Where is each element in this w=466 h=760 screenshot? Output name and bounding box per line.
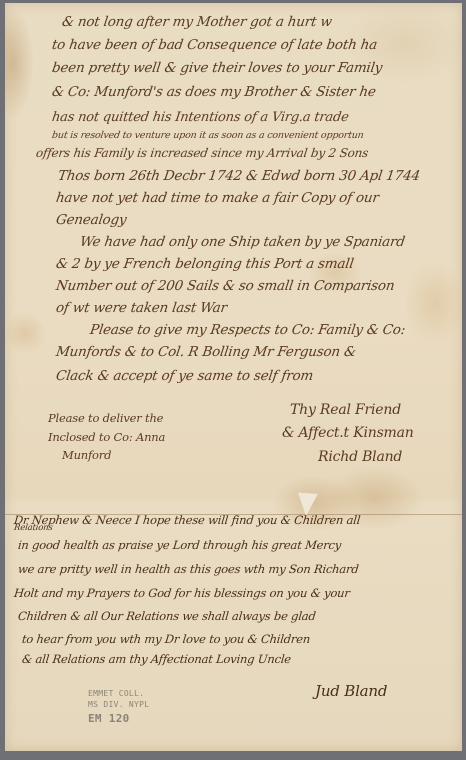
postscript-line: we are pritty well in health as this goe… (17, 562, 359, 576)
stamp-line: EMMET COLL. (88, 688, 149, 699)
side-note-line: Inclosed to Co: Anna (48, 430, 165, 444)
letter-line: Genealogy (55, 212, 128, 228)
letter-line: of wt were taken last War (55, 300, 228, 316)
stamp-line: MS DIV. NYPL (88, 699, 149, 710)
signature-richd-bland: Richd Bland (318, 449, 402, 465)
postscript-line: Holt and my Prayers to God for his bless… (13, 586, 350, 600)
letter-line: & not long after my Mother got a hurt w (61, 14, 333, 30)
side-note-line: Munford (62, 448, 111, 462)
letter-line: Number out of 200 Sails & so small in Co… (55, 278, 396, 294)
postscript-line: & all Relations am thy Affectionat Lovin… (21, 652, 291, 666)
letter-line: Munfords & to Col. R Bolling Mr Ferguson… (55, 344, 357, 360)
signature-jud-bland: Jud Bland (315, 682, 387, 700)
letter-line: offers his Family is increased since my … (35, 146, 369, 160)
letter-line: We have had only one Ship taken by ye Sp… (79, 234, 406, 250)
letter-line: & 2 by ye French belonging this Port a s… (55, 256, 355, 272)
postscript-line: Children & all Our Relations we shall al… (17, 609, 316, 623)
letter-line: Thos born 26th Decbr 1742 & Edwd born 30… (57, 168, 421, 184)
letter-line-interlinear: but is resolved to venture upon it as so… (51, 130, 364, 141)
archive-stamp: EMMET COLL. MS DIV. NYPL EM 120 (88, 688, 149, 724)
letter-line: Clack & accept of ye same to self from (55, 368, 314, 384)
postscript-line: Dr Nephew & Neece I hope these will find… (13, 513, 361, 527)
letter-line: has not quitted his Intentions of a Virg… (51, 110, 350, 125)
postscript-line: to hear from you wth my Dr love to you &… (21, 632, 311, 646)
letter-line: have not yet had time to make a fair Cop… (55, 190, 380, 206)
letter-line: & Co: Munford's as does my Brother & Sis… (51, 84, 377, 100)
closing-line: Thy Real Friend (290, 402, 401, 418)
closing-line: & Affect.t Kinsman (282, 425, 414, 441)
side-note-line: Please to deliver the (48, 411, 163, 425)
letter-line: to have been of bad Consequence of late … (51, 37, 378, 53)
postscript-line: in good health as praise ye Lord through… (17, 538, 342, 552)
letter-line: been pretty well & give their loves to y… (51, 60, 383, 76)
stamp-catalog-number: EM 120 (88, 713, 149, 724)
letter-line: Please to give my Respects to Co: Family… (89, 322, 406, 338)
